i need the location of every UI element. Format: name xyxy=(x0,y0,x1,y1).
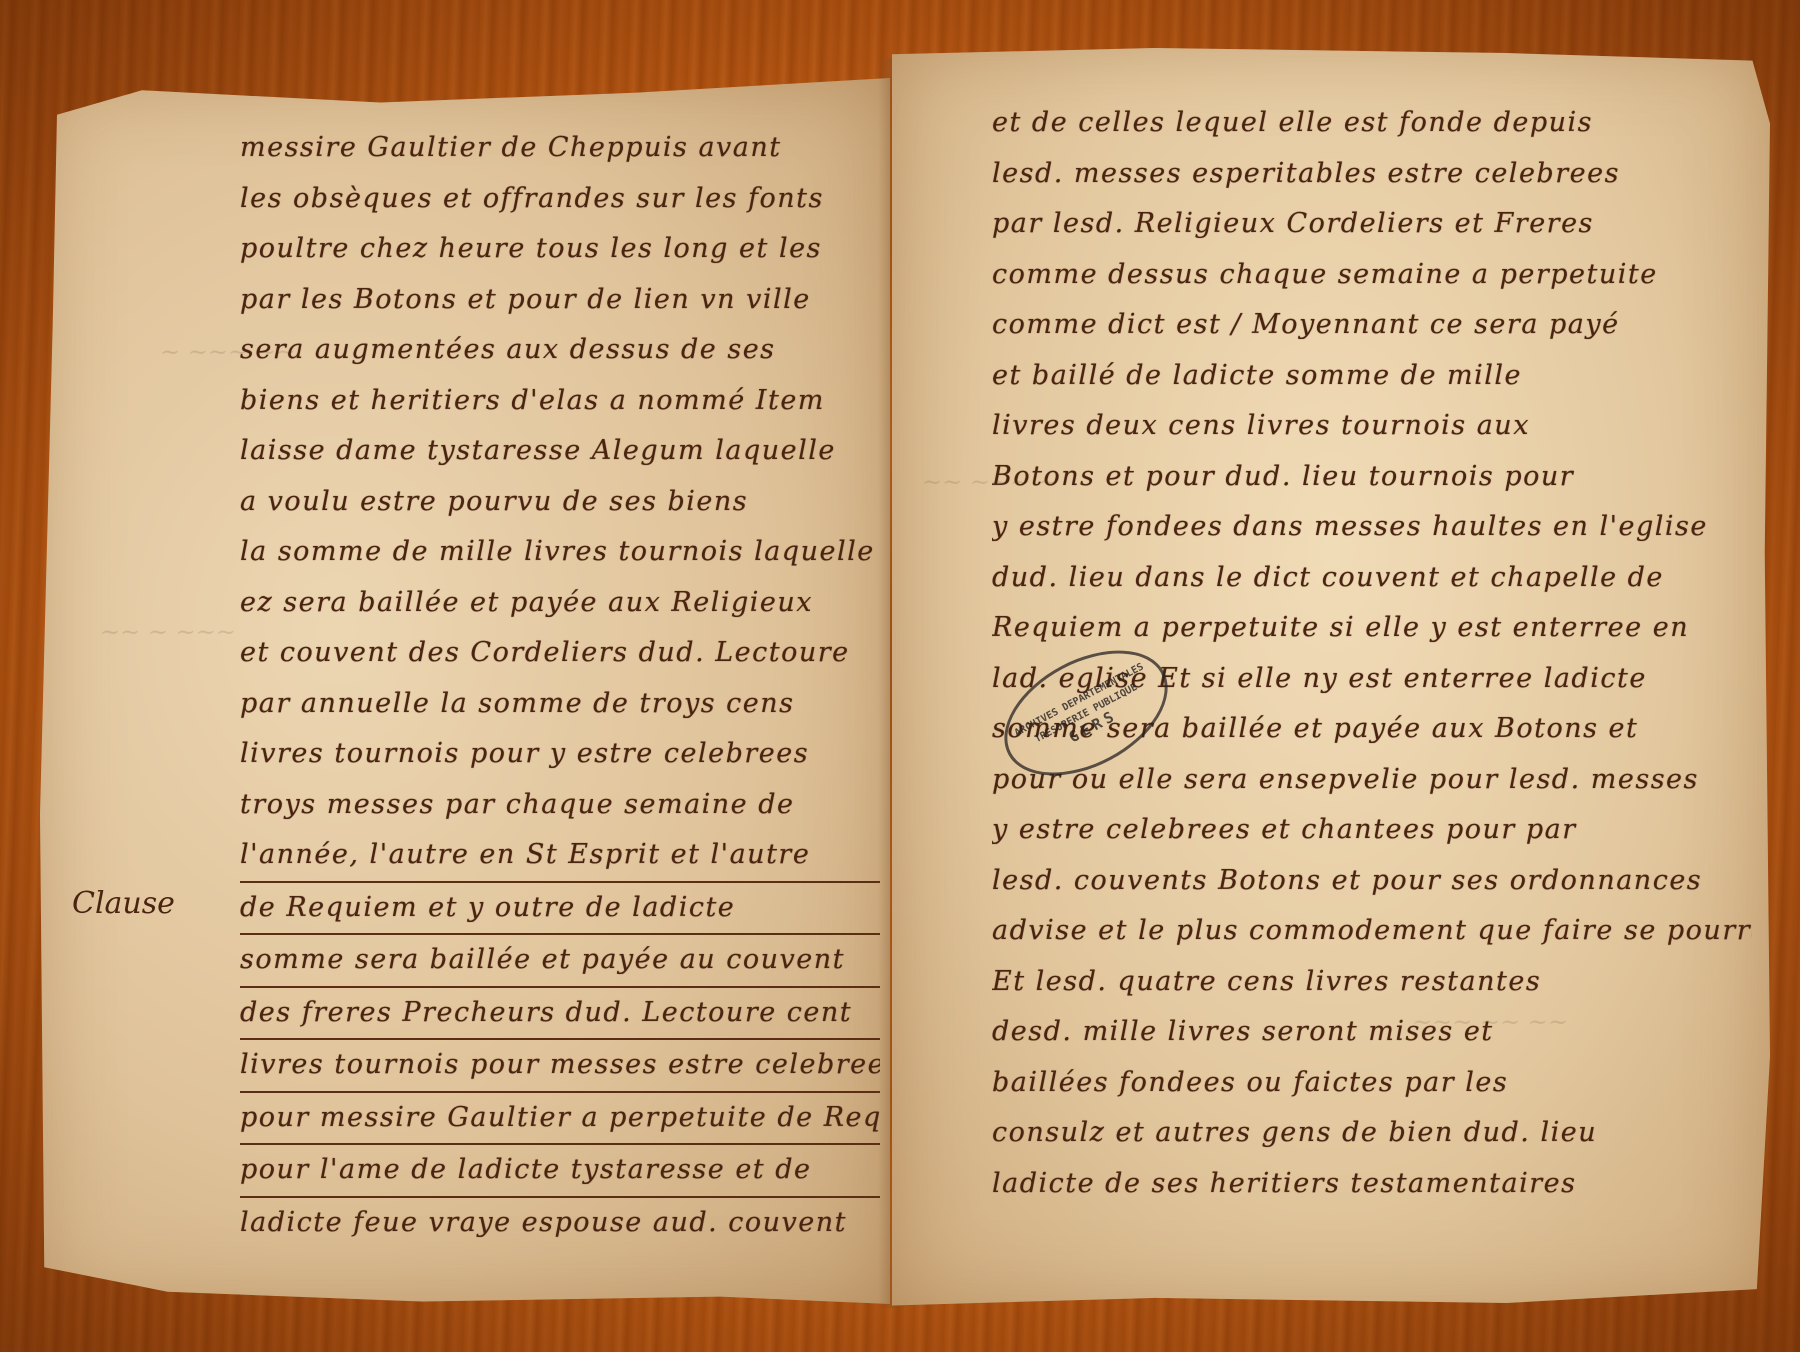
manuscript-line: et baillé de ladicte somme de mille xyxy=(992,351,1752,402)
manuscript-line: ladicte de ses heritiers testamentaires xyxy=(992,1159,1752,1210)
manuscript-line: desd. mille livres seront mises et xyxy=(992,1007,1752,1058)
bleed-through-text: ~~ ~ ~~~ xyxy=(100,618,236,646)
manuscript-line: Et lesd. quatre cens livres restantes xyxy=(992,957,1752,1008)
manuscript-line: et de celles lequel elle est fonde depui… xyxy=(992,98,1752,149)
margin-note-clause: Clause xyxy=(72,886,175,921)
manuscript-line: dud. lieu dans le dict couvent et chapel… xyxy=(992,553,1752,604)
manuscript-line: et couvent des Cordeliers dud. Lectoure xyxy=(240,628,880,679)
right-page: ~~ ~~~ ~ ~~~ ~~ ~~ et de celles lequel e… xyxy=(892,48,1770,1308)
manuscript-line: Botons et pour dud. lieu tournois pour xyxy=(992,452,1752,503)
manuscript-line: livres tournois pour y estre celebrees xyxy=(240,729,880,780)
manuscript-line: les obsèques et offrandes sur les fonts xyxy=(240,174,880,225)
manuscript-line: lesd. messes esperitables estre celebree… xyxy=(992,149,1752,200)
manuscript-line: consulz et autres gens de bien dud. lieu xyxy=(992,1108,1752,1159)
manuscript-line: troys messes par chaque semaine de xyxy=(240,780,880,831)
manuscript-line: par annuelle la somme de troys cens xyxy=(240,679,880,730)
manuscript-line: la somme de mille livres tournois laquel… xyxy=(240,527,880,578)
manuscript-line: y estre celebrees et chantees pour par xyxy=(992,805,1752,856)
manuscript-line-underlined: pour l'ame de ladicte tystaresse et de xyxy=(240,1145,880,1198)
left-page: ~ ~~~ ~~ ~~ ~ ~~~ messire Gaultier de Ch… xyxy=(40,78,890,1304)
manuscript-line: comme dict est / Moyennant ce sera payé xyxy=(992,300,1752,351)
manuscript-line: advise et le plus commodement que faire … xyxy=(992,906,1752,957)
manuscript-line-underlined: des freres Precheurs dud. Lectoure cent xyxy=(240,988,880,1041)
manuscript-line: livres deux cens livres tournois aux xyxy=(992,401,1752,452)
manuscript-line: ladicte feue vraye espouse aud. couvent xyxy=(240,1198,880,1249)
manuscript-line: par lesd. Religieux Cordeliers et Freres xyxy=(992,199,1752,250)
manuscript-line-underlined: l'année, l'autre en St Esprit et l'autre xyxy=(240,830,880,883)
manuscript-line: biens et heritiers d'elas a nommé Item xyxy=(240,376,880,427)
manuscript-line: lesd. couvents Botons et pour ses ordonn… xyxy=(992,856,1752,907)
manuscript-line-underlined: pour messire Gaultier a perpetuite de Re… xyxy=(240,1093,880,1146)
manuscript-line: a voulu estre pourvu de ses biens xyxy=(240,477,880,528)
manuscript-line: Requiem a perpetuite si elle y est enter… xyxy=(992,603,1752,654)
manuscript-line: messire Gaultier de Cheppuis avant xyxy=(240,123,880,174)
manuscript-line-underlined: livres tournois pour messes estre celebr… xyxy=(240,1040,880,1093)
manuscript-line: comme dessus chaque semaine a perpetuite xyxy=(992,250,1752,301)
manuscript-line: ez sera baillée et payée aux Religieux xyxy=(240,578,880,629)
manuscript-line: laisse dame tystaresse Alegum laquelle xyxy=(240,426,880,477)
manuscript-line: poultre chez heure tous les long et les xyxy=(240,224,880,275)
manuscript-line-underlined: somme sera baillée et payée au couvent xyxy=(240,935,880,988)
manuscript-line: par les Botons et pour de lien vn ville xyxy=(240,275,880,326)
manuscript-line: baillées fondees ou faictes par les xyxy=(992,1058,1752,1109)
left-page-text: messire Gaultier de Cheppuis avant les o… xyxy=(240,123,880,1248)
manuscript-line: y estre fondees dans messes haultes en l… xyxy=(992,502,1752,553)
manuscript-line: sera augmentées aux dessus de ses xyxy=(240,325,880,376)
manuscript-line-underlined: de Requiem et y outre de ladicte xyxy=(240,883,880,936)
manuscript-spread: ~ ~~~ ~~ ~~ ~ ~~~ messire Gaultier de Ch… xyxy=(40,48,1770,1310)
